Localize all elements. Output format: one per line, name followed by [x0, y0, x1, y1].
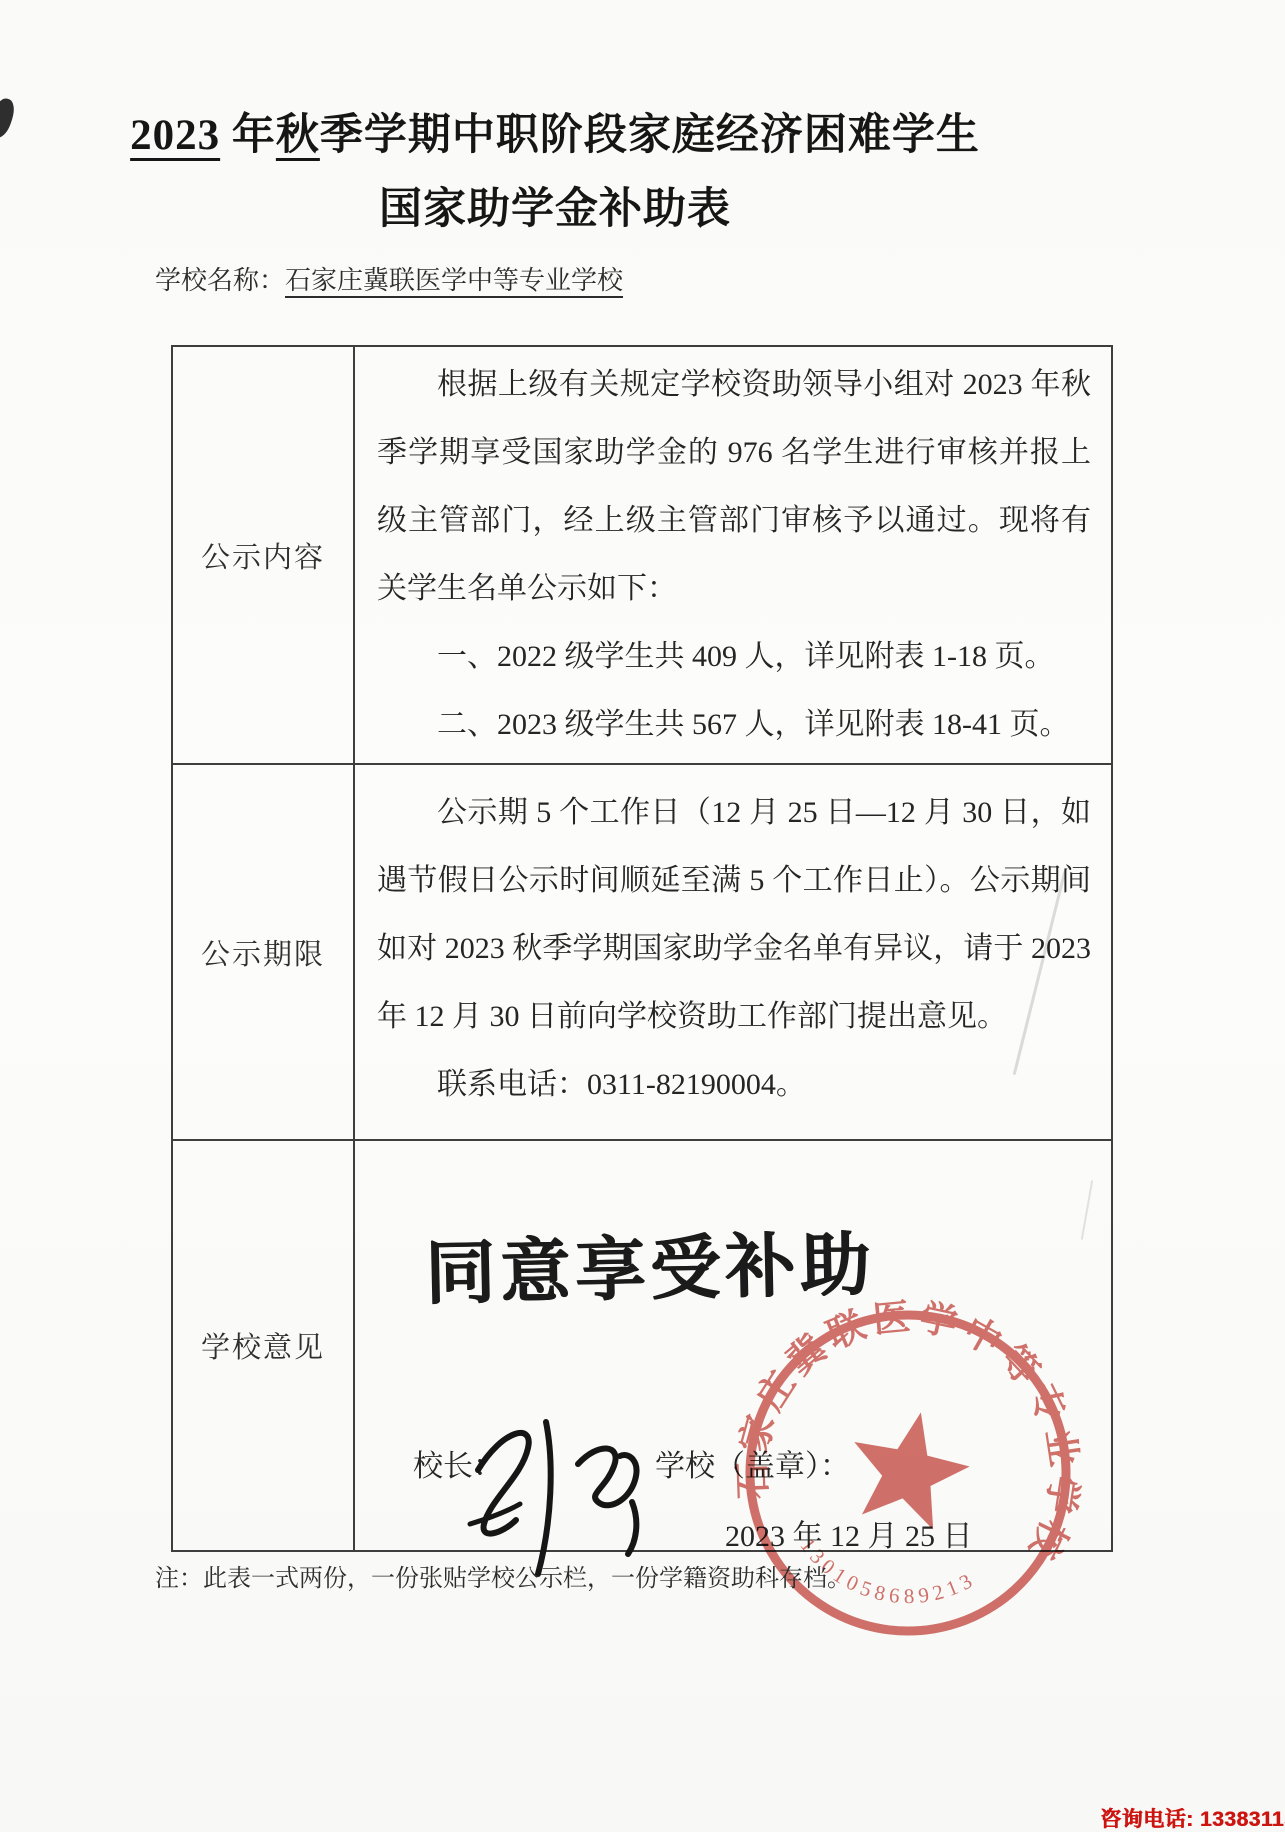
footer-note: 注：此表一式两份，一份张贴学校公示栏，一份学籍资助科存档。	[155, 1558, 851, 1593]
title-mid: 年	[220, 112, 276, 159]
title-line-1: 2023 年秋季学期中职阶段家庭经济困难学生	[0, 110, 1110, 162]
title-line-2: 国家助学金补助表	[0, 184, 1110, 236]
title-season-underlined: 秋	[276, 112, 320, 159]
row-label-publicity-period: 公示期限	[173, 765, 355, 1139]
document-title: 2023 年秋季学期中职阶段家庭经济困难学生 国家助学金补助表	[0, 110, 1110, 236]
table-row-publicity-period: 公示期限 公示期 5 个工作日（12 月 25 日—12 月 30 日，如遇节假…	[173, 765, 1111, 1141]
official-red-stamp: 石家庄冀联医学中等专业学校 1301058689213	[728, 1293, 1088, 1653]
stamp-ring-text-holder: 石家庄冀联医学中等专业学校	[728, 1293, 1088, 1571]
scanned-document-page: 2023 年秋季学期中职阶段家庭经济困难学生 国家助学金补助表 学校名称：石家庄…	[0, 0, 1285, 1832]
school-name-value: 石家庄冀联医学中等专业学校	[285, 266, 623, 295]
title-rest: 季学期中职阶段家庭经济困难学生	[320, 112, 980, 159]
table-row-publicity-content: 公示内容 根据上级有关规定学校资助领导小组对 2023 年秋季学期享受国家助学金…	[173, 347, 1111, 765]
consult-phone-watermark: 咨询电话: 13383115636	[1100, 1803, 1285, 1832]
row-label-publicity-content: 公示内容	[173, 347, 355, 763]
list-item-2023: 二、2023 级学生共 567 人，详见附表 18-41 页。	[377, 691, 1091, 759]
stamp-ring-text: 石家庄冀联医学中等专业学校	[728, 1293, 1088, 1571]
school-name-label: 学校名称：	[155, 266, 285, 295]
publicity-period-cell: 公示期 5 个工作日（12 月 25 日—12 月 30 日，如遇节假日公示时间…	[355, 765, 1111, 1139]
row-label-school-opinion: 学校意见	[173, 1141, 355, 1550]
period-paragraph: 公示期 5 个工作日（12 月 25 日—12 月 30 日，如遇节假日公示时间…	[377, 779, 1091, 1051]
publicity-paragraph: 根据上级有关规定学校资助领导小组对 2023 年秋季学期享受国家助学金的 976…	[377, 351, 1091, 623]
contact-phone-line: 联系电话：0311-82190004。	[377, 1051, 1091, 1119]
stamp-star-icon	[840, 1400, 979, 1534]
title-year-underlined: 2023	[130, 112, 220, 159]
publicity-content-cell: 根据上级有关规定学校资助领导小组对 2023 年秋季学期享受国家助学金的 976…	[355, 347, 1111, 763]
school-name-line: 学校名称：石家庄冀联医学中等专业学校	[155, 260, 623, 297]
list-item-2022: 一、2022 级学生共 409 人，详见附表 1-18 页。	[377, 623, 1091, 691]
